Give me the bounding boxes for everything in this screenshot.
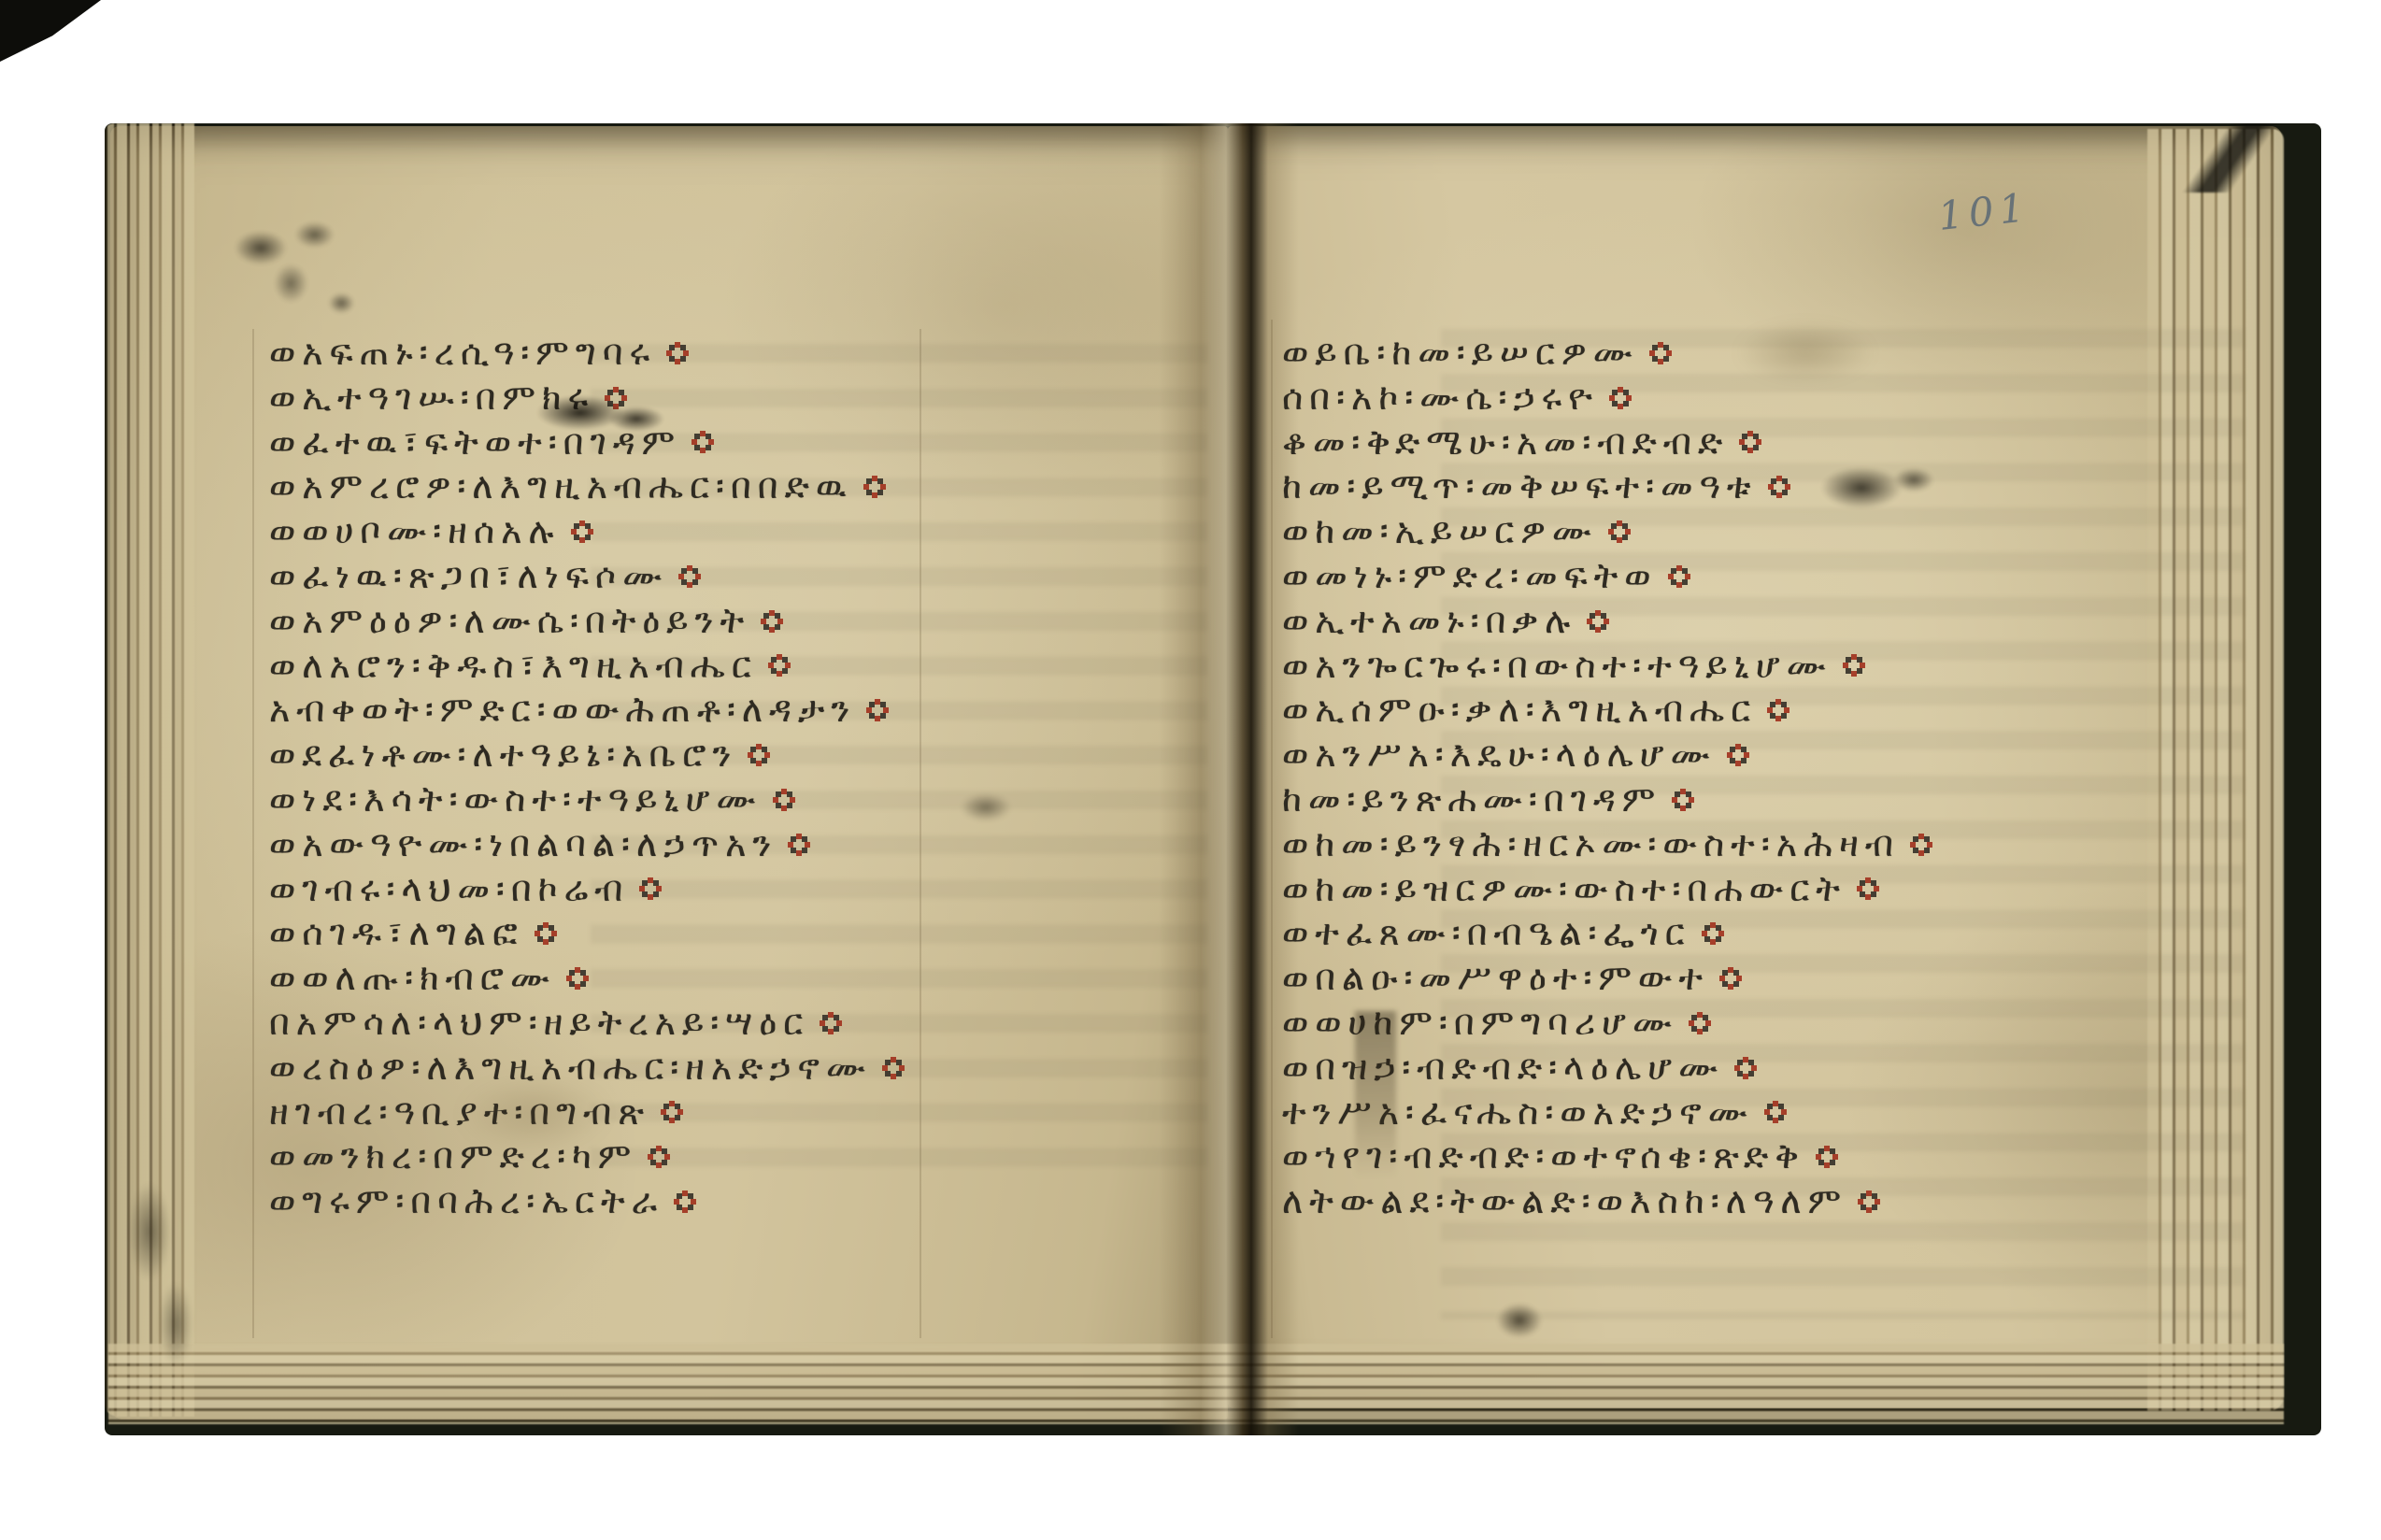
line-text: ለትውልደ፡ትውልድ፡ወእስከ፡ለዓለም — [1282, 1179, 1847, 1224]
section-separator-icon — [1688, 1011, 1712, 1035]
left-text-column: ወአፍጠኑ፡ረሲዓ፡ምግባሩወኢተዓገሡ፡በምክሩወፈተዉ፣ፍትወተ፡በገዳምወ… — [269, 331, 905, 1224]
line-text: ወወሀቦሙ፡ዘሰአሉ — [269, 509, 561, 554]
line-text: ተንሥአ፡ፈናሔስ፡ወአድኃኖሙ — [1282, 1091, 1754, 1135]
manuscript-line: ወወሀቦሙ፡ዘሰአሉ — [269, 509, 905, 554]
margin-ruling-line — [920, 329, 921, 1338]
section-separator-icon — [787, 833, 811, 857]
manuscript-line: ወሰገዱ፣ለግልፎ — [269, 911, 905, 956]
section-separator-icon — [1856, 877, 1880, 901]
line-text: ወኀየገ፡ብድብድ፡ወተኖሰቄ፡ጽድቅ — [1282, 1134, 1805, 1179]
left-page-edge-stack — [105, 123, 194, 1417]
line-text: ወአፍጠኑ፡ረሲዓ፡ምግባሩ — [269, 331, 656, 376]
manuscript-line: ዘገብረ፡ዓቢያተ፡በግብጽ — [269, 1091, 905, 1135]
line-text: ወአንጐርጐሩ፡በውስተ፡ተዓይኒሆሙ — [1282, 644, 1832, 689]
line-text: ወመንክረ፡በምድረ፡ካም — [269, 1134, 637, 1179]
section-separator-icon — [881, 1056, 905, 1080]
section-separator-icon — [1842, 653, 1866, 677]
section-separator-icon — [772, 788, 796, 812]
section-separator-icon — [673, 1190, 697, 1214]
section-separator-icon — [1857, 1190, 1881, 1214]
section-separator-icon — [1763, 1100, 1788, 1124]
line-text: ወነደ፡እሳት፡ውስተ፡ተዓይኒሆሙ — [269, 777, 763, 822]
line-text: ወአምዕዕዎ፡ለሙሴ፡በትዕይንት — [269, 599, 750, 644]
manuscript-line: ወይቤ፡ከመ፡ይሠርዎሙ — [1282, 331, 1933, 376]
section-separator-icon — [1718, 966, 1743, 991]
section-separator-icon — [747, 743, 771, 767]
section-separator-icon — [638, 877, 663, 901]
manuscript-line: ወአንሥአ፡እዴሁ፡ላዕሌሆሙ — [1282, 733, 1933, 777]
margin-ruling-line — [252, 329, 254, 1338]
manuscript-line: ወከመ፡ኢይሠርዎሙ — [1282, 509, 1933, 554]
manuscript-line: ወኢተአመኑ፡በቃሉ — [1282, 599, 1933, 644]
line-text: ዘገብረ፡ዓቢያተ፡በግብጽ — [269, 1091, 650, 1135]
section-separator-icon — [1766, 698, 1790, 722]
manuscript-line: አብቀወት፡ምድር፡ወውሕጠቶ፡ለዳታን — [269, 688, 905, 733]
line-text: ወበዝኃ፡ብድብድ፡ላዕሌሆሙ — [1282, 1046, 1724, 1091]
line-text: ከመ፡ይሚጥ፡መቅሠፍተ፡መዓቱ — [1282, 464, 1758, 509]
manuscript-line: ወወሀከም፡በምግባሪሆሙ — [1282, 1001, 1933, 1046]
section-separator-icon — [863, 475, 887, 499]
manuscript-line: ለትውልደ፡ትውልድ፡ወእስከ፡ለዓለም — [1282, 1179, 1933, 1224]
manuscript-line: ወአምዕዕዎ፡ለሙሴ፡በትዕይንት — [269, 599, 905, 644]
line-text: ወከመ፡ይንፃሕ፡ዘርኦሙ፡ውስተ፡አሕዛብ — [1282, 822, 1900, 867]
line-text: ቆመ፡ቅድሜሁ፡አመ፡ብድብድ — [1282, 421, 1729, 465]
manuscript-line: ወመንክረ፡በምድረ፡ካም — [269, 1134, 905, 1179]
section-separator-icon — [1586, 609, 1610, 634]
line-text: ወፈተዉ፣ፍትወተ፡በገዳም — [269, 421, 681, 465]
section-separator-icon — [1608, 386, 1632, 410]
line-text: ወመነኑ፡ምድረ፡መፍትወ — [1282, 554, 1658, 599]
section-separator-icon — [647, 1145, 671, 1169]
section-separator-icon — [1738, 430, 1762, 454]
manuscript-line: ወተፈጸሙ፡በብዔል፡ፌጎር — [1282, 911, 1933, 956]
section-separator-icon — [1909, 833, 1933, 857]
manuscript-line: ወበዝኃ፡ብድብድ፡ላዕሌሆሙ — [1282, 1046, 1933, 1091]
manuscript-line: ወገብሩ፡ላህመ፡በኮሬብ — [269, 867, 905, 912]
line-text: ሰበ፡አኮ፡ሙሴ፡ኃሩዮ — [1282, 376, 1599, 421]
section-separator-icon — [665, 341, 690, 365]
manuscript-line: ወበልዑ፡መሥዋዕተ፡ምውተ — [1282, 956, 1933, 1001]
line-text: ወአምረሮዎ፡ለእግዚአብሔር፡በበድዉ — [269, 464, 853, 509]
page-number: 101 — [1936, 184, 2032, 239]
manuscript-line: ወኢተዓገሡ፡በምክሩ — [269, 376, 905, 421]
manuscript-line: ቆመ፡ቅድሜሁ፡አመ፡ብድብድ — [1282, 421, 1933, 465]
manuscript-line: ወወለጡ፡ክብሮሙ — [269, 956, 905, 1001]
manuscript-line: ወአውዓዮሙ፡ነበልባል፡ለኃጥአን — [269, 822, 905, 867]
manuscript-line: ከመ፡ይሚጥ፡መቅሠፍተ፡መዓቱ — [1282, 464, 1933, 509]
section-separator-icon — [660, 1100, 684, 1124]
line-text: ወኢሰምዑ፡ቃለ፡እግዚአብሔር — [1282, 688, 1757, 733]
line-text: ወከመ፡ይዝርዎሙ፡ውስተ፡በሐውርት — [1282, 867, 1846, 912]
manuscript-line: ወፈነዉ፡ጽጋበ፣ለነፍሶሙ — [269, 554, 905, 599]
section-separator-icon — [1607, 520, 1632, 544]
section-separator-icon — [565, 966, 590, 991]
section-separator-icon — [760, 609, 784, 634]
manuscript-line: ወረስዕዎ፡ለእግዚአብሔር፡ዘአድኃኖሙ — [269, 1046, 905, 1091]
section-separator-icon — [691, 430, 715, 454]
section-separator-icon — [767, 653, 791, 677]
manuscript-line: ወከመ፡ይንፃሕ፡ዘርኦሙ፡ውስተ፡አሕዛብ — [1282, 822, 1933, 867]
section-separator-icon — [1648, 341, 1673, 365]
line-text: ወገብሩ፡ላህመ፡በኮሬብ — [269, 867, 629, 912]
manuscript-line: ወለአሮን፡ቅዱስ፣እግዚአብሔር — [269, 644, 905, 689]
line-text: በአምሳለ፡ላህም፡ዘይትረአይ፡ሣዕር — [269, 1001, 809, 1046]
line-text: ወተፈጸሙ፡በብዔል፡ፌጎር — [1282, 911, 1691, 956]
section-separator-icon — [1767, 475, 1791, 499]
manuscript-line: ከመ፡ይንጽሐሙ፡በገዳም — [1282, 777, 1933, 822]
section-separator-icon — [570, 520, 594, 544]
line-text: ወኢተአመኑ፡በቃሉ — [1282, 599, 1576, 644]
section-separator-icon — [1815, 1145, 1839, 1169]
section-separator-icon — [1733, 1056, 1758, 1080]
manuscript-line: ወኀየገ፡ብድብድ፡ወተኖሰቄ፡ጽድቅ — [1282, 1134, 1933, 1179]
section-separator-icon — [534, 921, 558, 946]
book-gutter — [1159, 123, 1299, 1435]
section-separator-icon — [1671, 788, 1695, 812]
section-separator-icon — [819, 1011, 843, 1035]
section-separator-icon — [604, 386, 628, 410]
manuscript-line: ወደፈነቶሙ፡ለተዓይኔ፡አቤሮን — [269, 733, 905, 777]
scan-canvas: 101 ወአፍጠኑ፡ረሲዓ፡ምግባሩወኢተዓገሡ፡በምክሩወፈተዉ፣ፍትወተ፡በ… — [0, 0, 2381, 1540]
section-separator-icon — [1726, 743, 1750, 767]
section-separator-icon — [1667, 564, 1691, 589]
line-text: ወወሀከም፡በምግባሪሆሙ — [1282, 1001, 1678, 1046]
manuscript-line: ወመነኑ፡ምድረ፡መፍትወ — [1282, 554, 1933, 599]
manuscript-line: በአምሳለ፡ላህም፡ዘይትረአይ፡ሣዕር — [269, 1001, 905, 1046]
line-text: ወረስዕዎ፡ለእግዚአብሔር፡ዘአድኃኖሙ — [269, 1046, 872, 1091]
line-text: ወአንሥአ፡እዴሁ፡ላዕሌሆሙ — [1282, 733, 1717, 777]
manuscript-line: ወነደ፡እሳት፡ውስተ፡ተዓይኒሆሙ — [269, 777, 905, 822]
manuscript-line: ወኢሰምዑ፡ቃለ፡እግዚአብሔር — [1282, 688, 1933, 733]
line-text: ወፈነዉ፡ጽጋበ፣ለነፍሶሙ — [269, 554, 668, 599]
manuscript-line: ወከመ፡ይዝርዎሙ፡ውስተ፡በሐውርት — [1282, 867, 1933, 912]
line-text: ወኢተዓገሡ፡በምክሩ — [269, 376, 594, 421]
line-text: ወሰገዱ፣ለግልፎ — [269, 911, 524, 956]
right-text-column: ወይቤ፡ከመ፡ይሠርዎሙሰበ፡አኮ፡ሙሴ፡ኃሩዮቆመ፡ቅድሜሁ፡አመ፡ብድብድከ… — [1282, 331, 1933, 1224]
manuscript-line: ሰበ፡አኮ፡ሙሴ፡ኃሩዮ — [1282, 376, 1933, 421]
line-text: ወበልዑ፡መሥዋዕተ፡ምውተ — [1282, 956, 1709, 1001]
manuscript-line: ወግሩም፡በባሕረ፡ኤርትራ — [269, 1179, 905, 1224]
section-separator-icon — [1701, 921, 1725, 946]
line-text: ወለአሮን፡ቅዱስ፣እግዚአብሔር — [269, 644, 758, 689]
section-separator-icon — [677, 564, 702, 589]
book-photo: 101 ወአፍጠኑ፡ረሲዓ፡ምግባሩወኢተዓገሡ፡በምክሩወፈተዉ፣ፍትወተ፡በ… — [105, 123, 2321, 1435]
line-text: ወአውዓዮሙ፡ነበልባል፡ለኃጥአን — [269, 822, 777, 867]
line-text: አብቀወት፡ምድር፡ወውሕጠቶ፡ለዳታን — [269, 688, 856, 733]
line-text: ወደፈነቶሙ፡ለተዓይኔ፡አቤሮን — [269, 733, 737, 777]
line-text: ወይቤ፡ከመ፡ይሠርዎሙ — [1282, 331, 1639, 376]
line-text: ወግሩም፡በባሕረ፡ኤርትራ — [269, 1179, 663, 1224]
manuscript-line: ወአንጐርጐሩ፡በውስተ፡ተዓይኒሆሙ — [1282, 644, 1933, 689]
line-text: ወወለጡ፡ክብሮሙ — [269, 956, 556, 1001]
manuscript-line: ወፈተዉ፣ፍትወተ፡በገዳም — [269, 421, 905, 465]
section-separator-icon — [865, 698, 890, 722]
manuscript-line: ወአፍጠኑ፡ረሲዓ፡ምግባሩ — [269, 331, 905, 376]
manuscript-line: ወአምረሮዎ፡ለእግዚአብሔር፡በበድዉ — [269, 464, 905, 509]
manuscript-line: ተንሥአ፡ፈናሔስ፡ወአድኃኖሙ — [1282, 1091, 1933, 1135]
corner-shadow-wedge — [0, 0, 101, 62]
right-page-edge-stack — [2147, 129, 2284, 1411]
margin-ruling-line — [1271, 320, 1273, 1338]
line-text: ወከመ፡ኢይሠርዎሙ — [1282, 509, 1598, 554]
line-text: ከመ፡ይንጽሐሙ፡በገዳም — [1282, 777, 1661, 822]
